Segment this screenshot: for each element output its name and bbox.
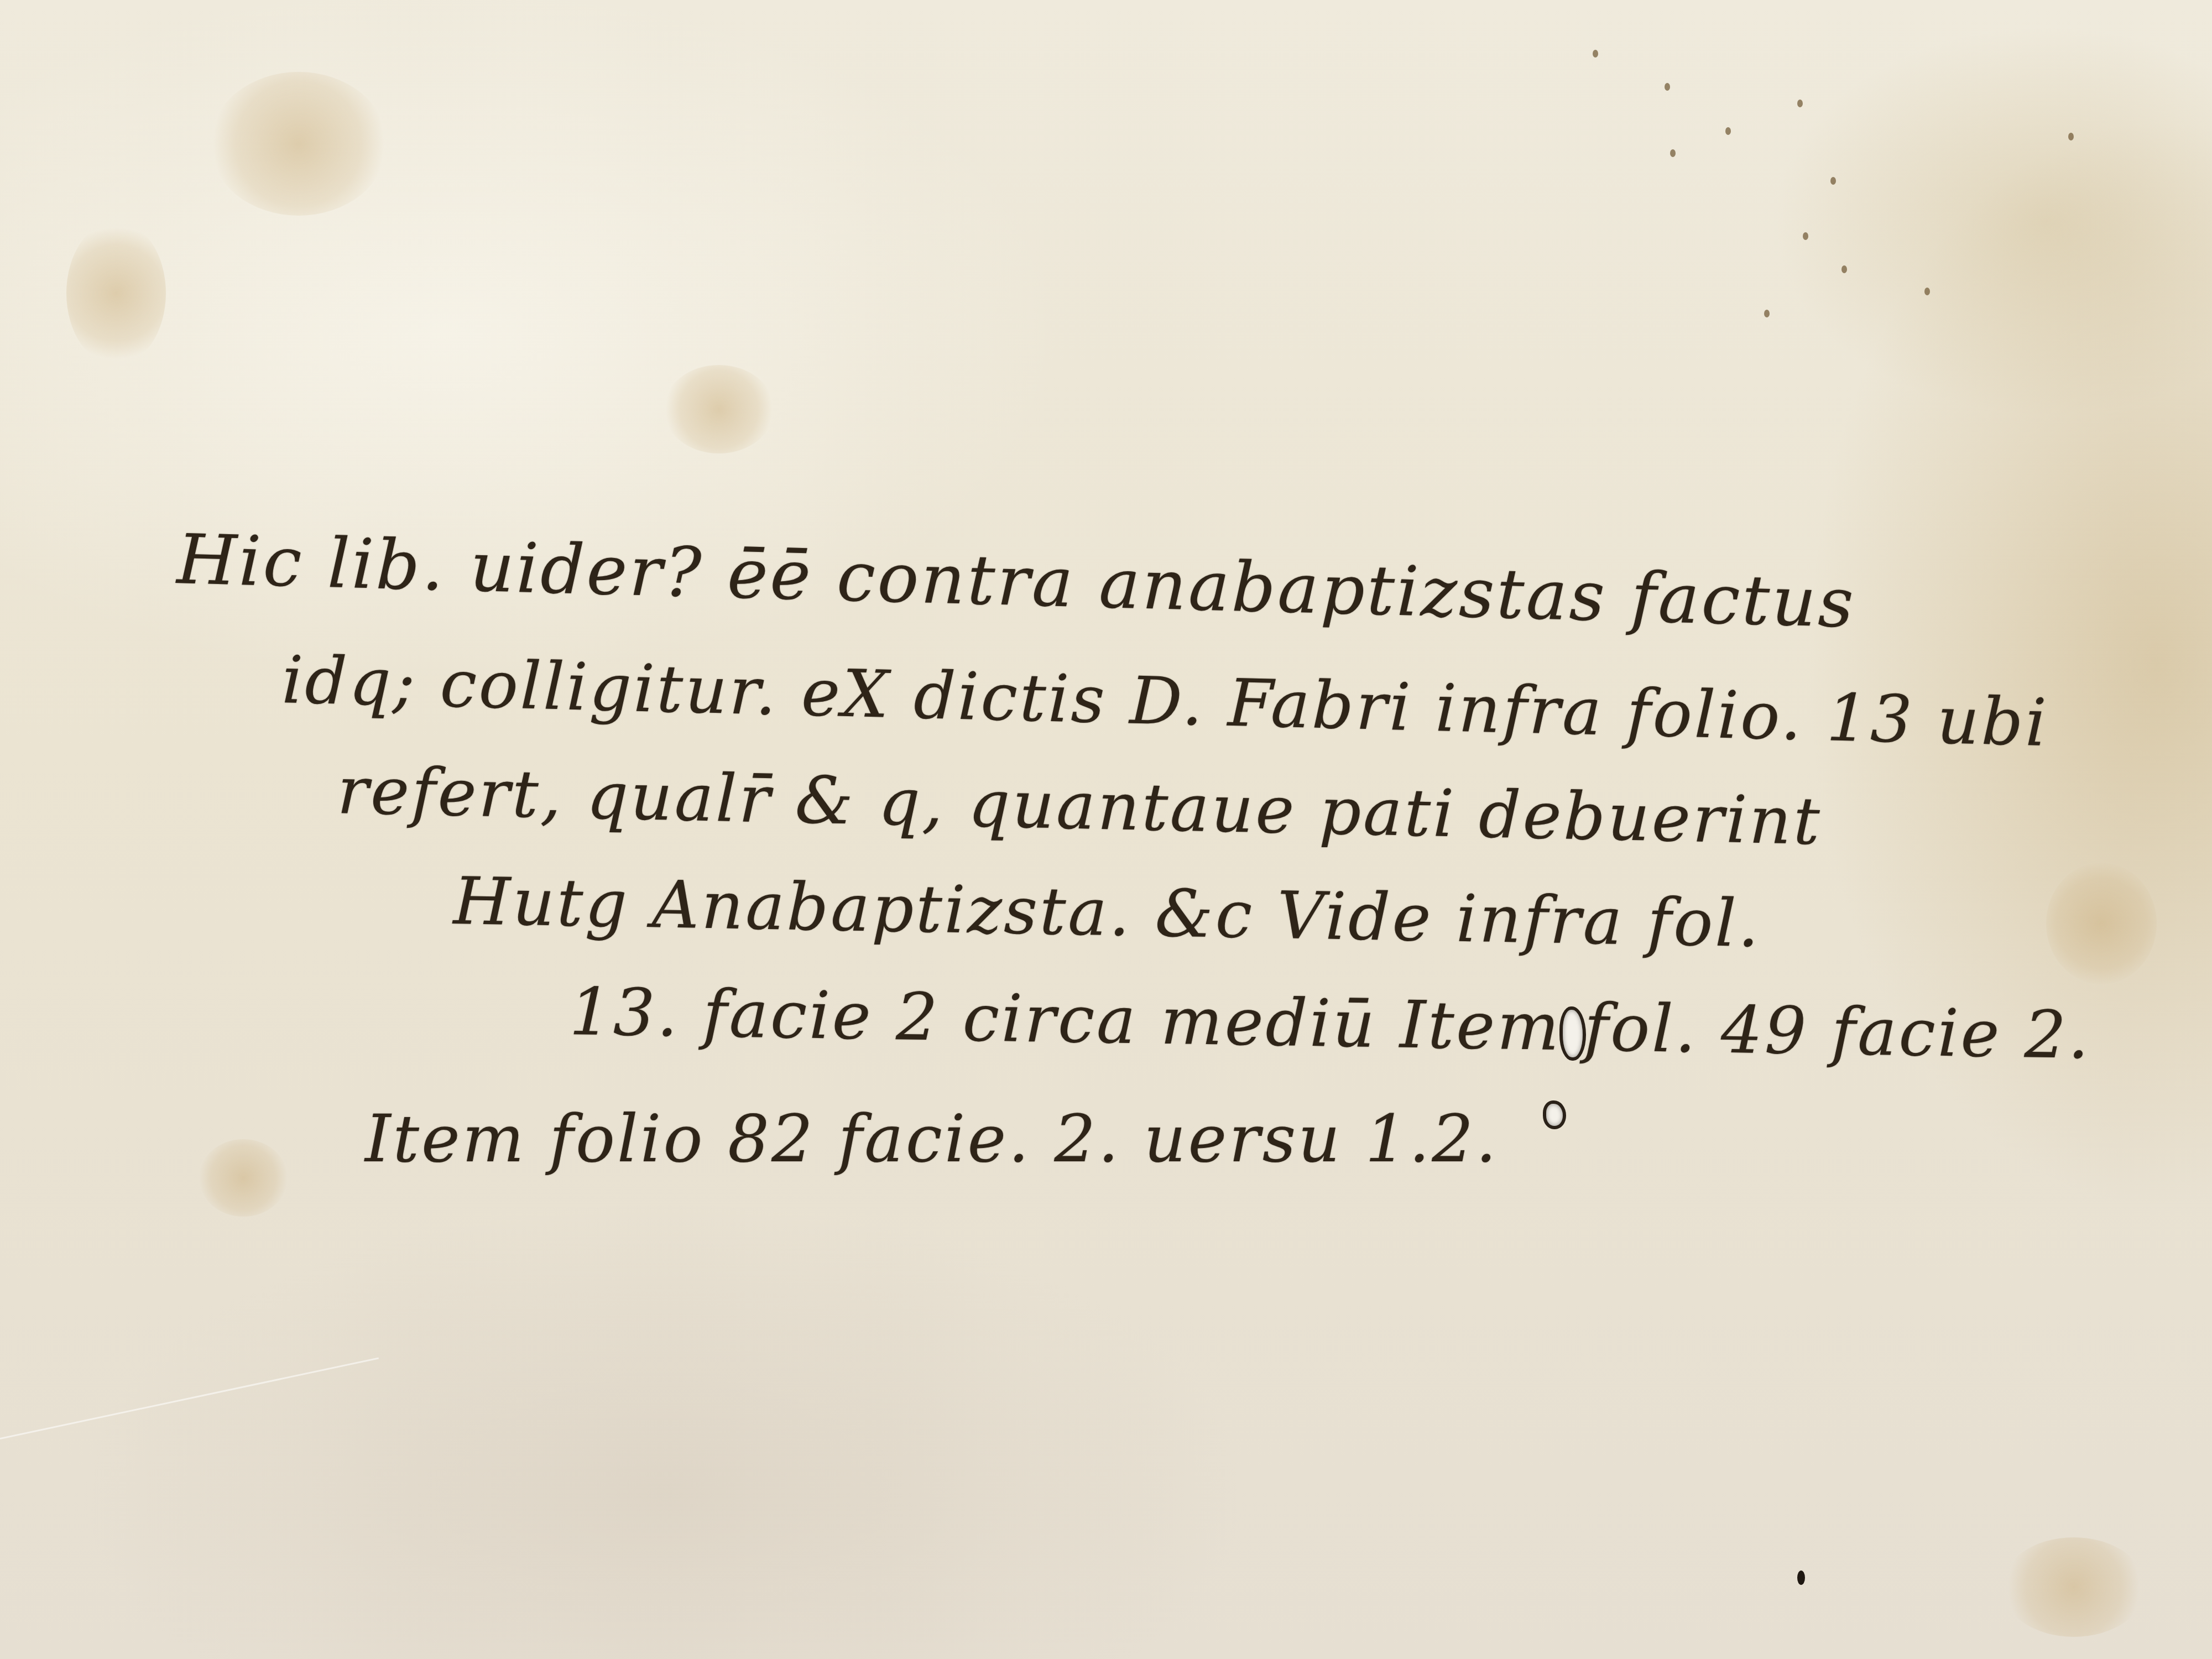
note-line-6: Item folio 82 facie. 2. uersu 1.2.: [365, 1100, 1499, 1177]
handwritten-note: Hic lib. uider? ēē contra anabaptizstas …: [0, 0, 2212, 1659]
note-line-2: idq; colligitur. eX dictis D. Fabri infr…: [281, 641, 2049, 761]
note-line-4: Hutg Anabaptizsta. &c Vide infra fol.: [453, 863, 1762, 962]
note-line-3: refert, qualr̄ & q, quantaue pati debuer…: [337, 752, 1823, 859]
note-line-5: 13. facie 2 circa mediū Item fol. 49 fac…: [569, 973, 2092, 1073]
note-line-1: Hic lib. uider? ēē contra anabaptizstas …: [176, 520, 1856, 643]
